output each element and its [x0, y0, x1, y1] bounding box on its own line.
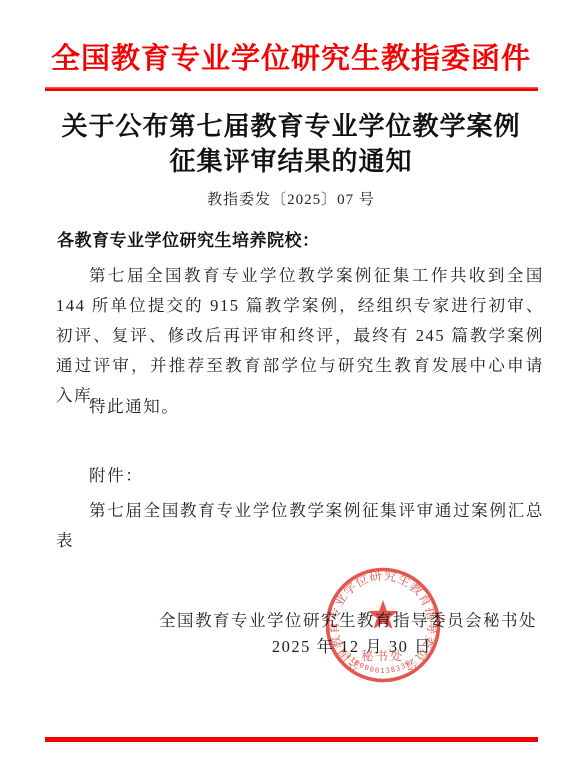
- seal-star-icon: [368, 600, 398, 629]
- letterhead-title: 全国教育专业学位研究生教指委函件: [0, 36, 582, 77]
- attachment-title: 第七届全国教育专业学位教学案例征集评审通过案例汇总表: [56, 496, 544, 556]
- notice-title-line2: 征集评审结果的通知: [0, 144, 582, 179]
- document-number: 教指委发〔2025〕07 号: [0, 188, 582, 209]
- closing-line: 特此通知。: [56, 392, 544, 422]
- footer-rule: [45, 737, 538, 742]
- official-document-page: { "doc": { "header": "全国教育专业学位研究生教指委函件",…: [0, 0, 582, 773]
- seal-center-label: 秘书处: [361, 648, 405, 663]
- letterhead-rule: [45, 87, 538, 91]
- notice-title: 关于公布第七届教育专业学位教学案例 征集评审结果的通知: [0, 109, 582, 179]
- attachment-label: 附件：: [56, 461, 544, 491]
- notice-title-line1: 关于公布第七届教育专业学位教学案例: [0, 109, 582, 144]
- official-seal: 全国教育专业学位研究生教育指导委员会 秘书处 1100000138338: [323, 565, 443, 685]
- salutation: 各教育专业学位研究生培养院校：: [57, 226, 320, 251]
- body-paragraph: 第七届全国教育专业学位教学案例征集工作共收到全国 144 所单位提交的 915 …: [56, 261, 544, 411]
